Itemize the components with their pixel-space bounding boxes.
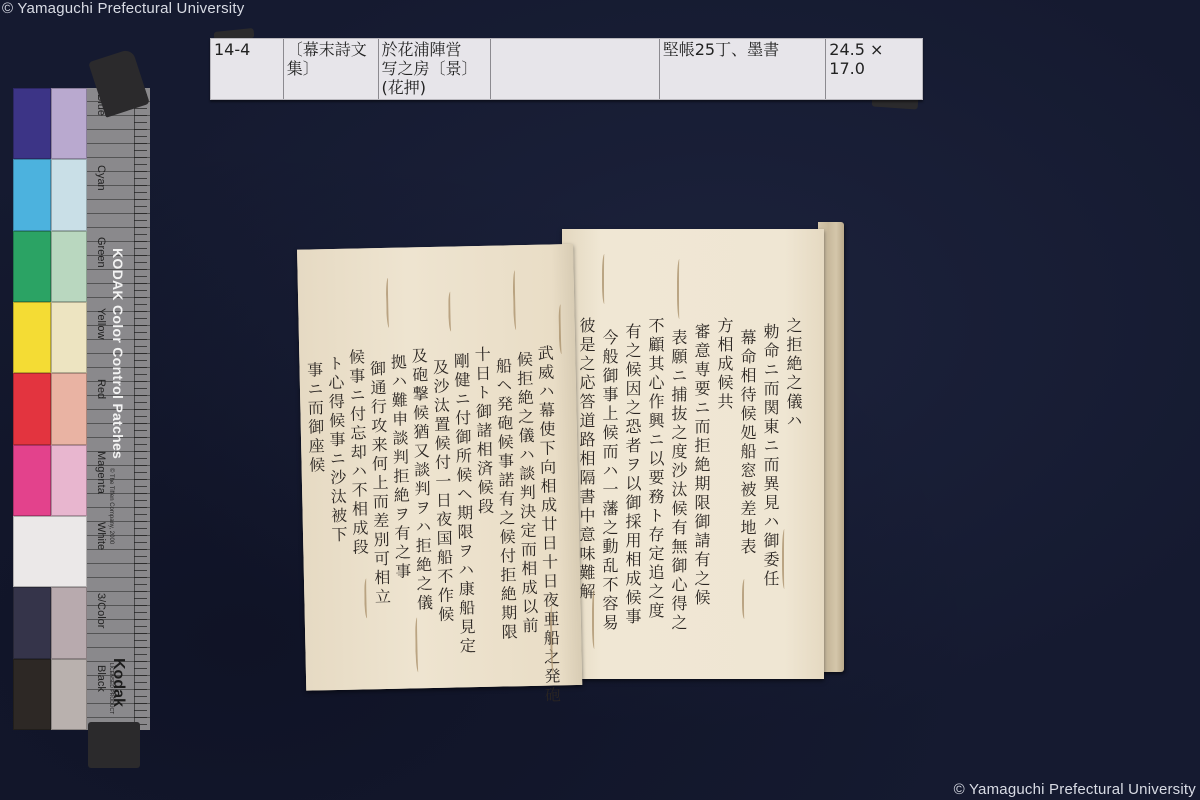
color-patch-light [51, 587, 87, 658]
patch-label: Magenta [95, 451, 107, 494]
patch-row [13, 159, 87, 230]
color-patch-dark [13, 587, 51, 658]
color-patch-dark [13, 445, 51, 516]
manuscript-column: ト心得候事ニ沙汰被下 [323, 355, 349, 545]
patch-row [13, 302, 87, 373]
wormhole-damage [677, 259, 683, 319]
patch-row [13, 587, 87, 658]
color-patch-light [51, 159, 87, 230]
patch-label: Yellow [95, 308, 107, 339]
manuscript-column: 今般御事上候而ハ一藩之動乱不容易 [598, 329, 620, 633]
wormhole-damage [602, 254, 608, 304]
manuscript-column: 表願ニ捕抜之度沙汰候有無御心得之 [667, 329, 689, 633]
patch-label: 3/Color [95, 593, 107, 628]
color-patch-light [51, 373, 87, 444]
manuscript-column: 審意専要ニ而拒絶期限御請有之候 [690, 323, 712, 608]
wormhole-damage [592, 589, 598, 649]
patch-label: Red [95, 379, 107, 399]
color-patch-dark [13, 302, 51, 373]
patch-row [13, 231, 87, 302]
manuscript-column: 不顧其心作興ニ以要務ト存定追之度 [644, 317, 666, 621]
color-patch-light [51, 231, 87, 302]
patch-row [13, 516, 87, 587]
color-patch-dark [13, 88, 51, 159]
manuscript-column: 方相成候共 [713, 317, 735, 412]
color-patch-light [51, 88, 87, 159]
ruler: BlueCyanGreenYellowRedMagentaWhite3/Colo… [87, 88, 150, 730]
wormhole-damage [742, 579, 748, 619]
color-patch-dark [13, 659, 51, 730]
catalog-label: 14-4 〔幕末詩文 集〕 於花浦陣営 写之房〔景〕 (花押) 堅帳25丁、墨書… [210, 38, 923, 100]
manuscript-column: 事ニ而御座候 [302, 361, 326, 475]
tape-chart-bottom [88, 722, 140, 768]
kodak-color-chart: BlueCyanGreenYellowRedMagentaWhite3/Colo… [13, 88, 150, 730]
wormhole-damage [513, 270, 520, 330]
manuscript-column: 勅命ニ而関東ニ而異見ハ御委任 [759, 323, 781, 589]
manuscript-column: 幕命相待候処船窓被差地表 [736, 329, 758, 557]
label-size: 24.5 × 17.0 [826, 39, 922, 99]
color-patch-dark [13, 373, 51, 444]
patch-row [13, 445, 87, 516]
ruler-ticks [134, 88, 147, 730]
label-title: 於花浦陣営 写之房〔景〕 (花押) [379, 39, 492, 99]
left-page: 武威ハ幕使下向相成廿日十日夜亜船之発砲候拒絶之儀ハ談判決定而相成以前船ヘ発砲候事… [297, 244, 582, 691]
color-patch-dark [13, 159, 51, 230]
licensed-product: LICENSED PRODUCT [108, 663, 114, 714]
wormhole-damage [386, 278, 393, 328]
manuscript-column: 有之候因之恐者ヲ以御採用相成候事 [621, 323, 643, 627]
wormhole-damage [558, 304, 565, 354]
color-patch-light [51, 302, 87, 373]
label-number: 14-4 [211, 39, 284, 99]
patch-row [13, 373, 87, 444]
copyright-watermark-top: © Yamaguchi Prefectural University [2, 0, 244, 17]
wormhole-damage [782, 529, 788, 589]
label-blank [491, 39, 660, 99]
wormhole-damage [448, 292, 455, 332]
color-patch-light [51, 445, 87, 516]
color-patch-light [51, 659, 87, 730]
chart-copyright: © The Tiffen Company, 2000 [108, 468, 114, 544]
label-format: 堅帳25丁、墨書 [660, 39, 827, 99]
patch-label: White [95, 522, 107, 550]
patch-label: Green [95, 237, 107, 268]
patch-label: Cyan [95, 165, 107, 191]
patch-row [13, 659, 87, 730]
right-page: 之拒絶之儀ハ勅命ニ而関東ニ而異見ハ御委任幕命相待候処船窓被差地表方相成候共審意専… [562, 229, 824, 679]
color-patch-dark [13, 231, 51, 302]
patch-row [13, 88, 87, 159]
wormhole-damage [415, 617, 422, 672]
color-patch-dark [13, 516, 87, 587]
manuscript-column: 之拒絶之儀ハ [782, 317, 804, 431]
chart-title: KODAK Color Control Patches [110, 248, 126, 459]
patch-label: Black [95, 665, 107, 692]
copyright-watermark-bottom: © Yamaguchi Prefectural University [954, 781, 1196, 798]
label-collection: 〔幕末詩文 集〕 [284, 39, 379, 99]
